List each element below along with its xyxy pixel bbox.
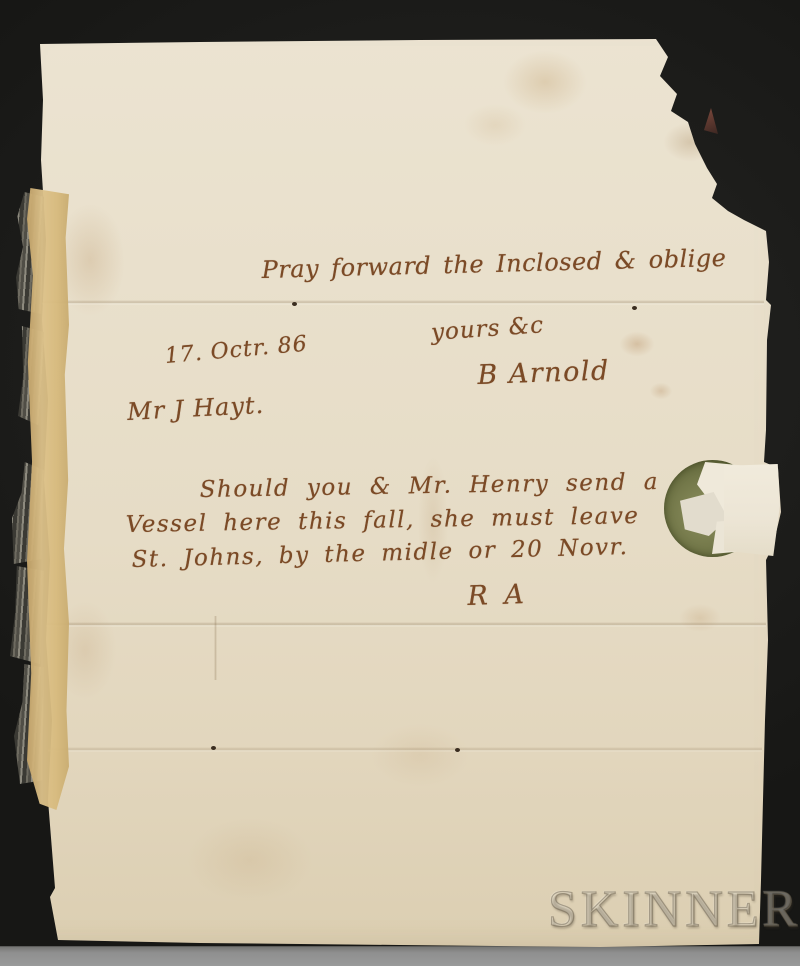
fold-crease-bottom — [48, 747, 762, 752]
signature: B Arnold — [477, 355, 610, 391]
ink-speck — [455, 748, 460, 752]
fold-crease-top — [42, 300, 764, 305]
photo-backdrop: Pray forward the Inclosed & oblige yours… — [0, 0, 800, 966]
initials: R A — [467, 579, 528, 612]
ink-speck — [632, 306, 637, 310]
seal-paper-flap — [724, 464, 780, 556]
ink-speck — [292, 302, 297, 306]
pigment-mark — [704, 108, 718, 134]
tape-repair-strip — [27, 188, 69, 810]
watermark-text: SKINNER — [548, 884, 800, 936]
shelf-strip — [0, 946, 800, 966]
fold-crease-vertical — [214, 616, 217, 680]
ink-speck — [211, 746, 216, 750]
fold-crease-middle — [46, 622, 766, 627]
